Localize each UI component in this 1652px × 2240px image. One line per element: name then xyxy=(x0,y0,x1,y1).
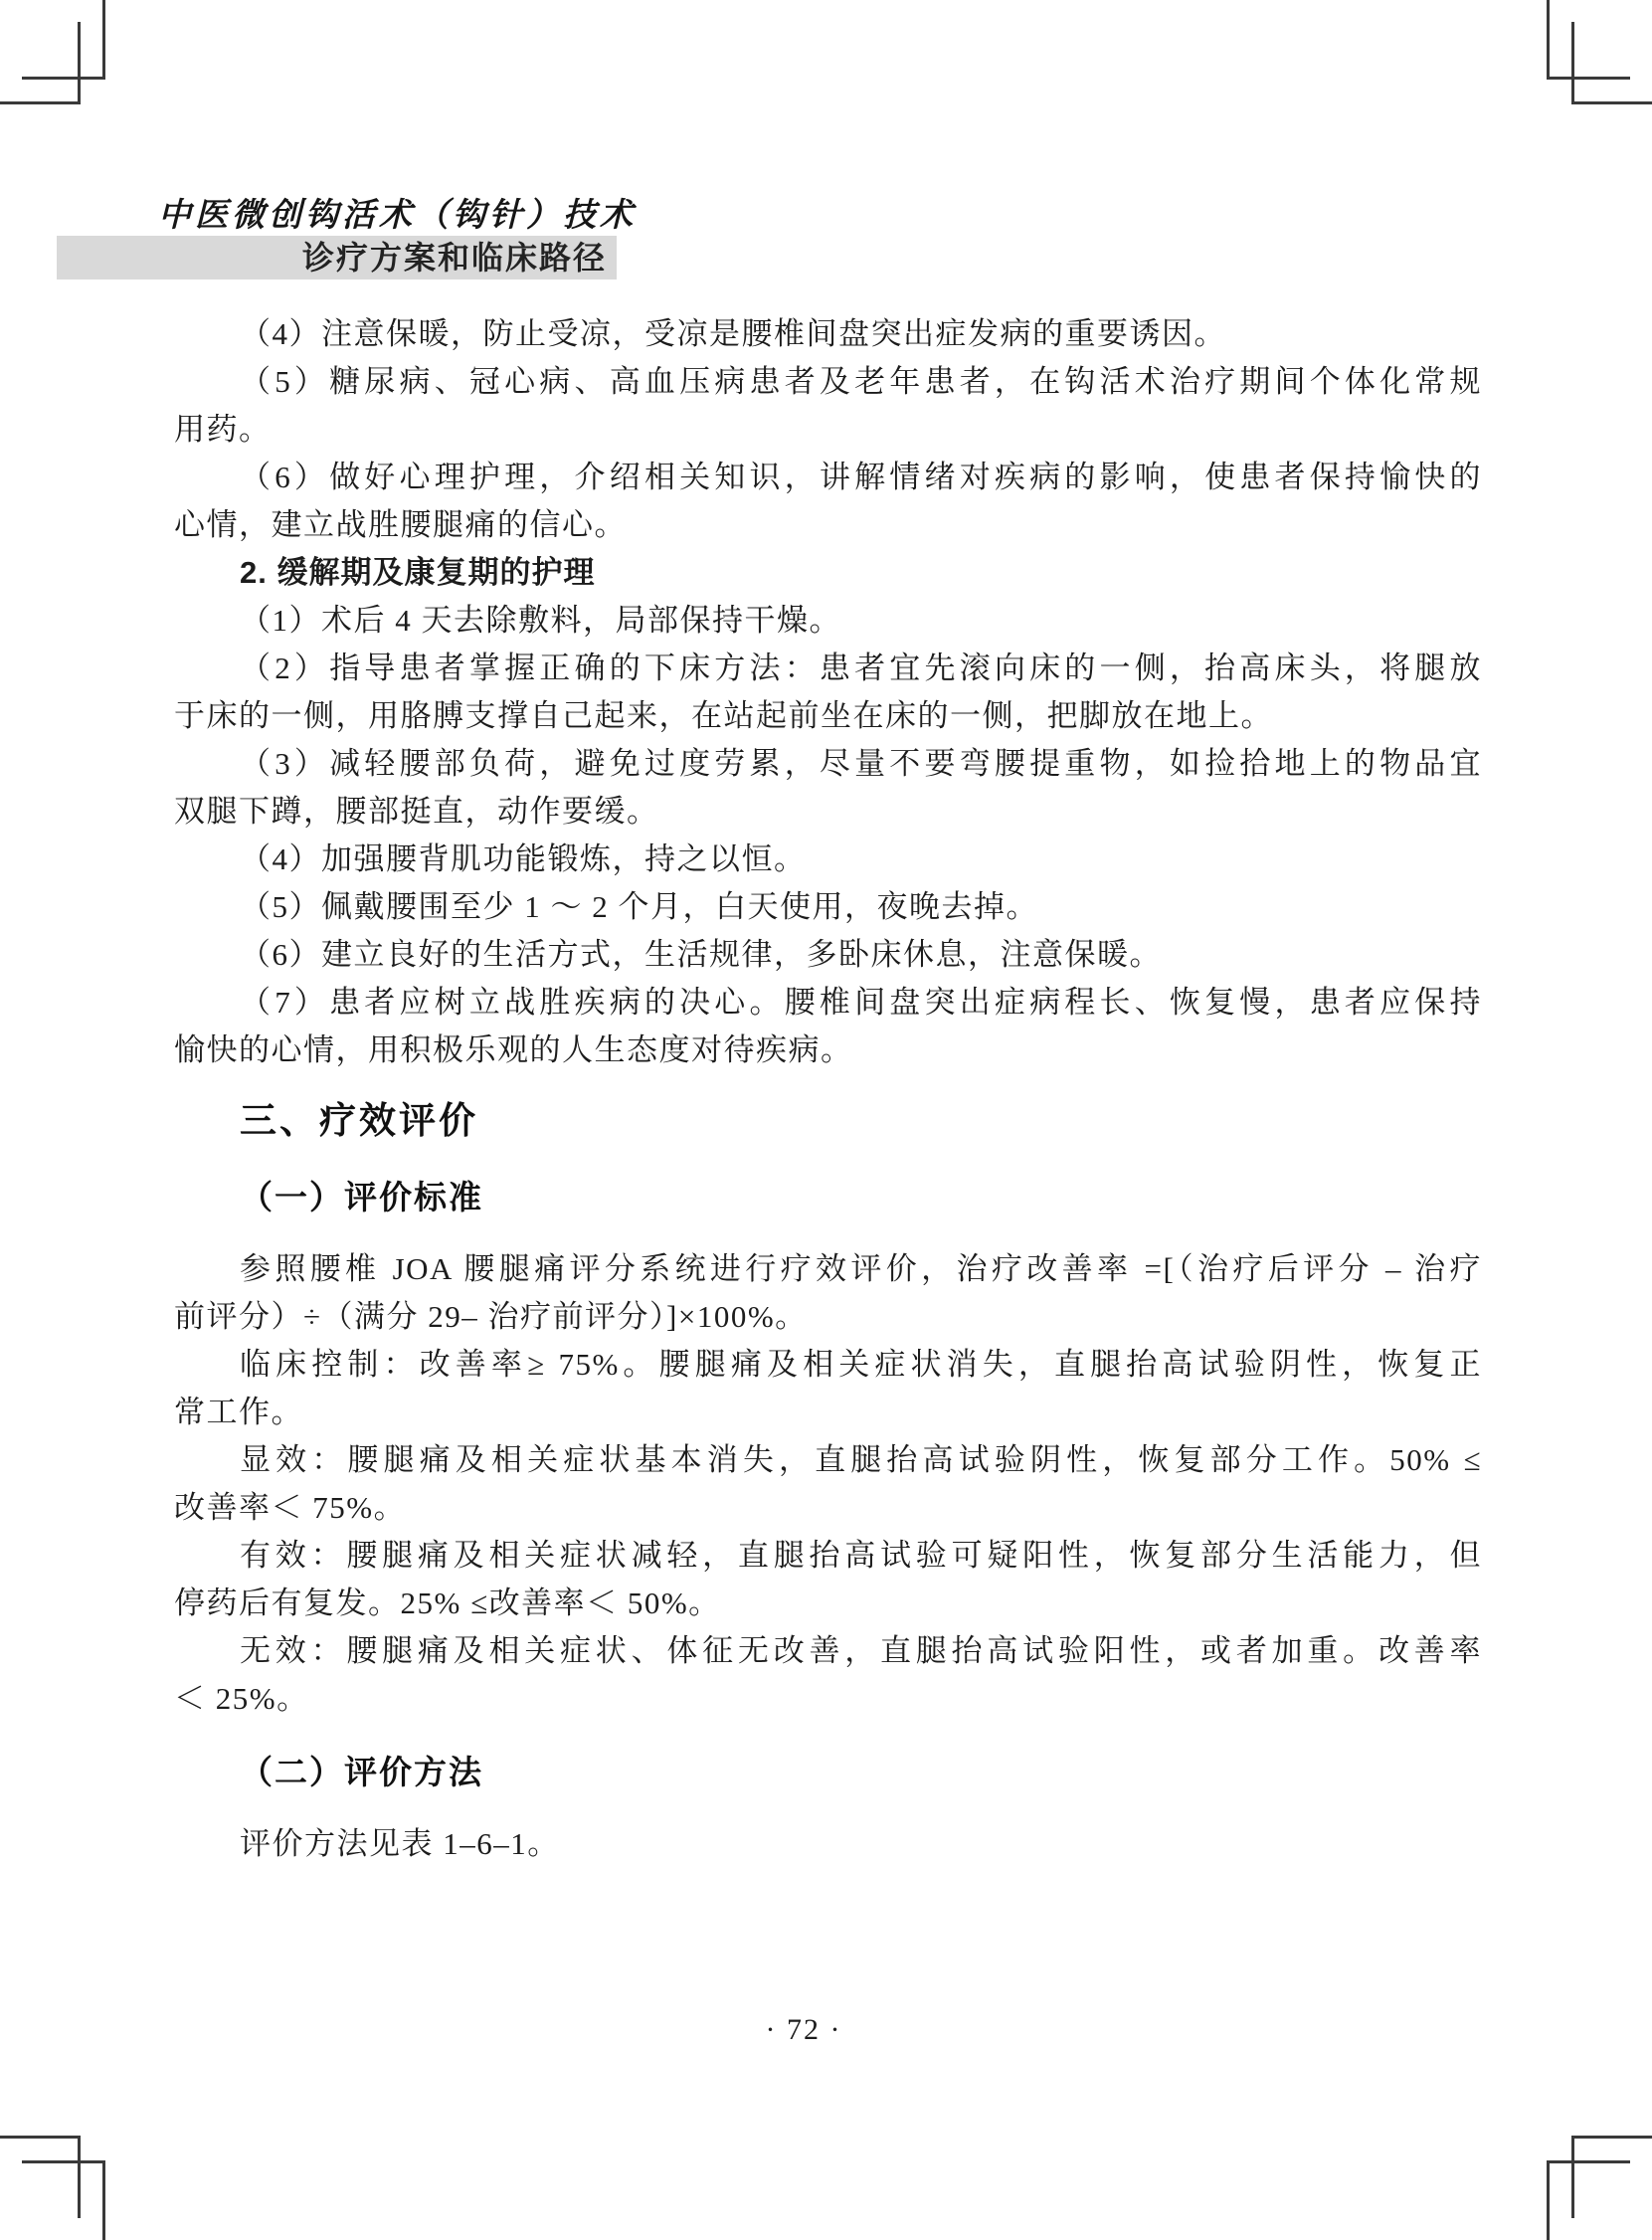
evaluation-criteria-section: 参照腰椎 JOA 腰腿痛评分系统进行疗效评价，治疗改善率 =[（治疗后评分 – … xyxy=(174,1245,1482,1723)
text-line: 参照腰椎 JOA 腰腿痛评分系统进行疗效评价，治疗改善率 =[（治疗后评分 – … xyxy=(174,1245,1482,1293)
text-line: 双腿下蹲，腰部挺直，动作要缓。 xyxy=(174,788,1482,836)
text-line: 临床控制：改善率≥ 75%。腰腿痛及相关症状消失，直腿抬高试验阴性，恢复正 xyxy=(174,1341,1482,1389)
section-heading-efficacy: 三、疗效评价 xyxy=(240,1090,478,1144)
text-line: 愉快的心情，用积极乐观的人生态度对待疾病。 xyxy=(174,1027,1482,1074)
text-line: （6）建立良好的生活方式，生活规律，多卧床休息，注意保暖。 xyxy=(174,931,1482,979)
text-line: 前评分）÷（满分 29– 治疗前评分）]×100%。 xyxy=(174,1293,1482,1341)
text-line: （2）指导患者掌握正确的下床方法：患者宜先滚向床的一侧，抬高床头，将腿放 xyxy=(174,645,1482,692)
text-line: （3）减轻腰部负荷，避免过度劳累，尽量不要弯腰提重物，如捡拾地上的物品宜 xyxy=(174,740,1482,788)
text-line: （5）糖尿病、冠心病、高血压病患者及老年患者，在钩活术治疗期间个体化常规 xyxy=(174,358,1482,406)
text-line: （1）术后 4 天去除敷料，局部保持干燥。 xyxy=(174,597,1482,645)
text-line: ＜ 25%。 xyxy=(174,1675,1482,1723)
text-line: （7）患者应树立战胜疾病的决心。腰椎间盘突出症病程长、恢复慢，患者应保持 xyxy=(174,979,1482,1027)
text-line: （4）加强腰背肌功能锻炼，持之以恒。 xyxy=(174,836,1482,883)
text-line: （6）做好心理护理，介绍相关知识，讲解情绪对疾病的影响，使患者保持愉快的 xyxy=(174,454,1482,501)
evaluation-method-section: 评价方法见表 1–6–1。 xyxy=(174,1820,1482,1868)
text-line: 评价方法见表 1–6–1。 xyxy=(174,1820,1482,1868)
text-line: 无效：腰腿痛及相关症状、体征无改善，直腿抬高试验阳性，或者加重。改善率 xyxy=(174,1627,1482,1675)
text-line: 停药后有复发。25% ≤改善率＜ 50%。 xyxy=(174,1580,1482,1627)
text-line: 有效：腰腿痛及相关症状减轻，直腿抬高试验可疑阳性，恢复部分生活能力，但 xyxy=(174,1532,1482,1580)
crop-mark-top-left-inner xyxy=(0,22,81,104)
chapter-banner-title: 诊疗方案和临床路径 xyxy=(57,236,617,280)
recovery-care-heading: 2. 缓解期及康复期的护理 xyxy=(174,549,1482,597)
crop-mark-bottom-left-inner xyxy=(0,2136,81,2218)
text-line: 用药。 xyxy=(174,406,1482,454)
crop-mark-top-right-inner xyxy=(1571,22,1652,104)
text-line: 显效：腰腿痛及相关症状基本消失，直腿抬高试验阴性，恢复部分工作。50% ≤ xyxy=(174,1436,1482,1484)
crop-mark-bottom-right-inner xyxy=(1571,2136,1652,2218)
book-title: 中医微创钩活术（钩针）技术 xyxy=(57,189,637,236)
text-line: 于床的一侧，用胳膊支撑自己起来，在站起前坐在床的一侧，把脚放在地上。 xyxy=(174,692,1482,740)
chapter-banner: 诊疗方案和临床路径 xyxy=(57,236,617,280)
text-line: 改善率＜ 75%。 xyxy=(174,1484,1482,1532)
text-line: 常工作。 xyxy=(174,1389,1482,1436)
text-line: （5）佩戴腰围至少 1 ～ 2 个月，白天使用，夜晚去掉。 xyxy=(174,883,1482,931)
text-line: 心情，建立战胜腰腿痛的信心。 xyxy=(174,501,1482,549)
page-number: · 72 · xyxy=(704,2013,903,2047)
text-line: （4）注意保暖，防止受凉，受凉是腰椎间盘突出症发病的重要诱因。 xyxy=(174,310,1482,358)
subsection-heading-criteria: （一）评价标准 xyxy=(240,1172,483,1218)
book-page: 中医微创钩活术（钩针）技术 诊疗方案和临床路径 （4）注意保暖，防止受凉，受凉是… xyxy=(0,0,1652,2240)
subsection-heading-method: （二）评价方法 xyxy=(240,1747,483,1793)
nursing-care-section: （4）注意保暖，防止受凉，受凉是腰椎间盘突出症发病的重要诱因。 （5）糖尿病、冠… xyxy=(174,310,1482,1074)
